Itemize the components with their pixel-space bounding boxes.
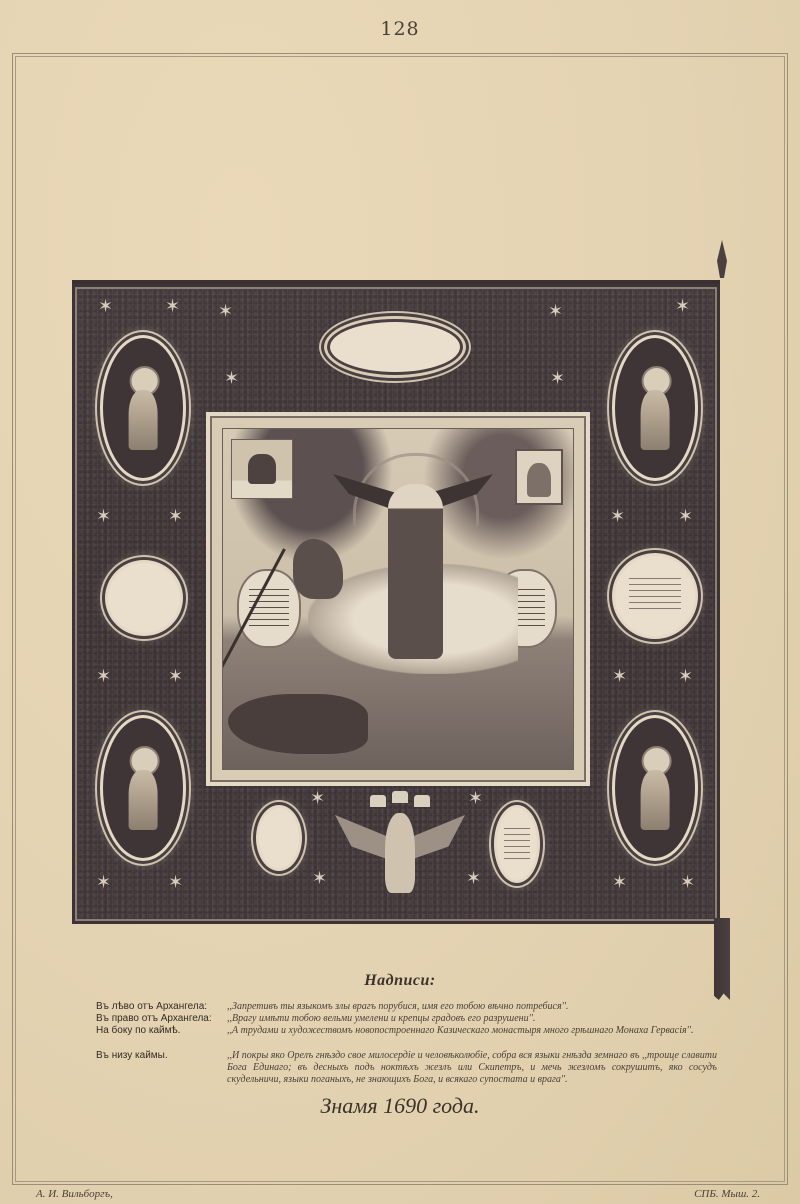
star-ornament: ✶	[612, 874, 627, 892]
star-ornament: ✶	[612, 668, 627, 686]
top-cartouche	[270, 300, 520, 395]
horse-head	[293, 539, 343, 599]
inscription-label: На боку по каймѣ.	[96, 1025, 231, 1037]
star-ornament: ✶	[678, 508, 693, 526]
blank-cartouche-bottom	[256, 805, 302, 871]
saint-figure	[637, 746, 674, 830]
star-ornament: ✶	[224, 370, 239, 388]
inscription-lines	[629, 578, 680, 613]
blank-plate	[330, 322, 460, 372]
archangel-icon-panel	[206, 412, 590, 786]
printer-credit: СПБ. Мыш. 2.	[694, 1188, 760, 1200]
star-ornament: ✶	[312, 870, 327, 888]
archangel-figure	[388, 484, 443, 659]
star-ornament: ✶	[165, 298, 180, 316]
saint-cartouche-bottom-left	[100, 715, 186, 861]
inscription-lines	[504, 828, 530, 860]
star-ornament: ✶	[168, 668, 183, 686]
star-ornament: ✶	[550, 370, 565, 388]
star-ornament: ✶	[218, 303, 233, 321]
inscription-text: ,,И покры яко Орелъ гнѣздо свое милосерд…	[227, 1050, 717, 1086]
star-ornament: ✶	[96, 508, 111, 526]
inscription-text: ,,А трудами и художествомъ новопостроенн…	[227, 1025, 727, 1037]
blank-cartouche-left	[105, 560, 183, 636]
inscription-text: ,,Врагу имѣти тобою вельми умелени и кре…	[227, 1013, 800, 1025]
inscription-cartouche-right	[612, 553, 698, 639]
archangel-michael-scene	[222, 428, 574, 770]
saint-figure	[125, 746, 162, 830]
christ-mini-icon	[231, 439, 293, 499]
publisher-credit: А. И. Вильборгъ,	[36, 1188, 113, 1200]
inscription-cartouche-bottom	[494, 805, 540, 883]
saint-cartouche-bottom-right	[612, 715, 698, 861]
star-ornament: ✶	[310, 790, 325, 808]
page-number: 128	[0, 18, 800, 40]
inscriptions-heading: Надписи:	[0, 972, 800, 990]
star-ornament: ✶	[98, 298, 113, 316]
star-ornament: ✶	[168, 874, 183, 892]
saint-cartouche-top-left	[100, 335, 186, 481]
star-ornament: ✶	[168, 508, 183, 526]
theotokos-mini-icon	[515, 449, 563, 505]
inscription-text: ,,Запретивъ ты языкомъ злы врагъ порубис…	[227, 1001, 800, 1013]
defeated-demon	[228, 694, 368, 754]
star-ornament: ✶	[96, 668, 111, 686]
inscription-label: Въ право отъ Архангела:	[96, 1013, 231, 1025]
double-headed-eagle	[330, 795, 470, 895]
plate-caption: Знамя 1690 года.	[0, 1093, 800, 1119]
star-ornament: ✶	[468, 790, 483, 808]
saint-cartouche-top-right	[612, 335, 698, 481]
star-ornament: ✶	[680, 874, 695, 892]
star-ornament: ✶	[96, 874, 111, 892]
star-ornament: ✶	[675, 298, 690, 316]
star-ornament: ✶	[610, 508, 625, 526]
inscription-label: Въ лѣво отъ Архангела:	[96, 1001, 231, 1013]
star-ornament: ✶	[548, 303, 563, 321]
star-ornament: ✶	[678, 668, 693, 686]
saint-figure	[637, 366, 674, 450]
inscription-label: Въ низу каймы.	[96, 1050, 231, 1062]
saint-figure	[125, 366, 162, 450]
